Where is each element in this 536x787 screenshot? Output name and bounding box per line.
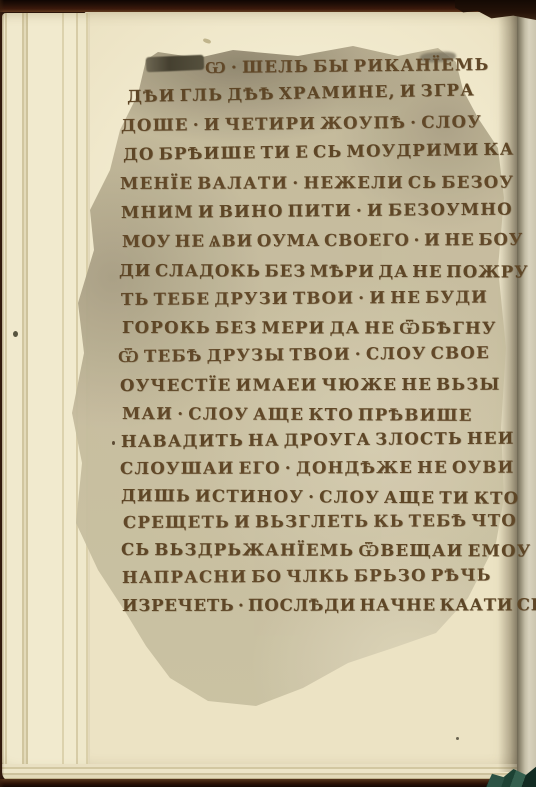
manuscript-line: Ѡ · ШЕЛЬ БЫ РИКАНЇЕМЬ xyxy=(205,55,490,78)
manuscript-line: ИЗРЕЧЕТЬ · ПОСЛѢДИ НАЧНЕ КААТИ СЕ · xyxy=(122,595,536,615)
manuscript-line: СЬ ВЬЗДРЬЖАНЇЕМЬ ѾВЕЩАИ ЕМОУ · xyxy=(121,540,536,561)
manuscript-line: ТЬ ТЕБЕ ДРУЗИ ТВОИ · И НЕ БУДИ xyxy=(121,287,488,309)
manuscript-line: ГОРОКЬ БЕЗ МЕРИ ДА НЕ ѾБѢГНУ xyxy=(122,318,497,339)
ink-speck xyxy=(456,737,459,740)
manuscript-line: ДОШЕ · И ЧЕТИРИ ЖОУПѢ · СЛОУ xyxy=(121,112,482,135)
facing-page-edge xyxy=(517,6,536,776)
manuscript-line: Ѿ ТЕБѢ ДРУЗЫ ТВОИ · СЛОУ СВОЕ xyxy=(118,343,490,367)
manuscript-line: СЛОУШАИ ЕГО · ДОНДѢЖЕ НЕ ОУВИ xyxy=(120,458,515,478)
ink-speck xyxy=(112,441,115,445)
manuscript-line: ОУЧЕСТЇЕ ИМАЕИ ЧЮЖЕ НЕ ВЬЗЫ xyxy=(120,375,501,395)
manuscript-line: НАВАДИТЬ НА ДРОУГА ЗЛОСТЬ НЕИ xyxy=(121,429,515,451)
manuscript-line: СРЕЩЕТЬ И ВЬЗГЛЕТЬ КЬ ТЕБѢ ЧТО xyxy=(123,511,517,532)
manuscript-line: МАИ · СЛОУ АЩЕ КТО ПРѢВИШЕ xyxy=(122,404,473,425)
manuscript-line: МНИМ И ВИНО ПИТИ · И БЕЗОУМНО xyxy=(121,200,513,222)
manuscript-line: МЕНЇЕ ВАЛАТИ · НЕЖЕЛИ СЬ БЕЗОУ xyxy=(120,173,514,193)
manuscript-line: ДИ СЛАДОКЬ БЕЗ МѢРИ ДА НЕ ПОЖРУ xyxy=(119,261,529,281)
manuscript-line: НАПРАСНИ БО ЧЛКЬ БРЬЗО РѢЧЬ xyxy=(122,565,492,587)
book-cover-bottom-edge xyxy=(0,779,536,787)
ink-smudge xyxy=(146,55,205,73)
book-cover-left-edge xyxy=(0,0,4,787)
manuscript-line: ДИШЬ ИСТИНОУ · СЛОУ АЩЕ ТИ КТО xyxy=(121,486,519,508)
manuscript-photo: Ѡ · ШЕЛЬ БЫ РИКАНЇЕМЬ ДѢИ ГЛЬ ДѢѢ ХРАМИН… xyxy=(0,0,536,787)
ink-speck xyxy=(13,331,18,337)
manuscript-line: МОУ НЕ ѦВИ ОУМА СВОЕГО · И НЕ БОУ xyxy=(122,230,523,252)
